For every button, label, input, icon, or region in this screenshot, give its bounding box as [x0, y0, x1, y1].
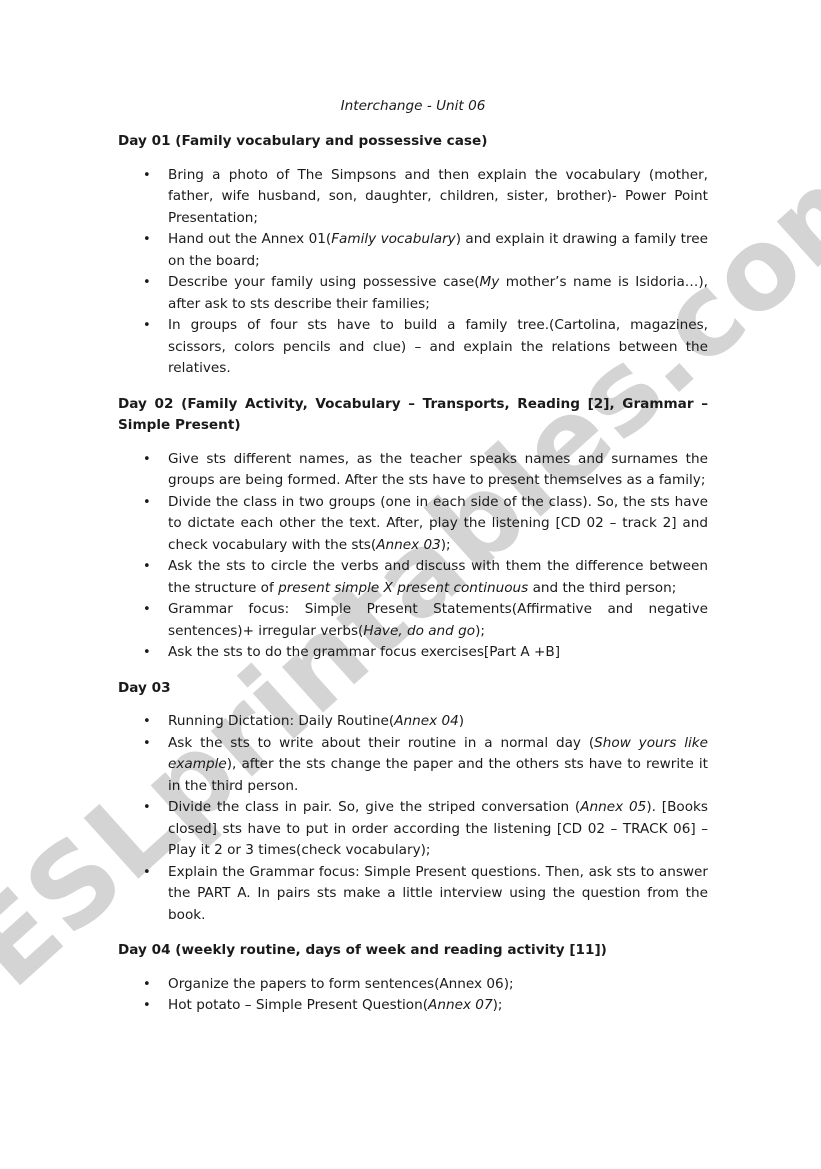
text: );	[441, 537, 451, 553]
list-item: •Hand out the Annex 01(Family vocabulary…	[118, 229, 708, 272]
text: Describe your family using possessive ca…	[168, 274, 480, 290]
bullet-icon: •	[143, 599, 151, 621]
text: Running Dictation: Daily Routine(	[168, 713, 394, 729]
italic-text: My	[480, 274, 500, 290]
italic-text: Annex 03	[376, 537, 441, 553]
text: Organize the papers to form sentences(An…	[168, 976, 514, 992]
bullet-icon: •	[143, 449, 151, 471]
list-item: •Ask the sts to write about their routin…	[118, 733, 708, 798]
list-item: •Explain the Grammar focus: Simple Prese…	[118, 862, 708, 927]
day-heading: Day 04 (weekly routine, days of week and…	[118, 940, 708, 962]
list-item: •Bring a photo of The Simpsons and then …	[118, 165, 708, 230]
day-section: Day 04 (weekly routine, days of week and…	[118, 940, 708, 1017]
text: Hot potato – Simple Present Question(	[168, 997, 428, 1013]
italic-text: Annex 05	[580, 799, 646, 815]
bullet-icon: •	[143, 642, 151, 664]
day-section: Day 01 (Family vocabulary and possessive…	[118, 131, 708, 380]
activity-list: •Organize the papers to form sentences(A…	[118, 974, 708, 1017]
italic-text: Have, do and go	[363, 623, 475, 639]
text: Bring a photo of The Simpsons and then e…	[168, 167, 708, 226]
bullet-icon: •	[143, 733, 151, 755]
text: )	[459, 713, 464, 729]
day-section: Day 02 (Family Activity, Vocabulary – Tr…	[118, 394, 708, 664]
bullet-icon: •	[143, 229, 151, 251]
sections-container: Day 01 (Family vocabulary and possessive…	[118, 131, 708, 1017]
bullet-icon: •	[143, 711, 151, 733]
text: Explain the Grammar focus: Simple Presen…	[168, 864, 708, 923]
bullet-icon: •	[143, 315, 151, 337]
italic-text: present simple X present continuous	[278, 580, 528, 596]
list-item: •Give sts different names, as the teache…	[118, 449, 708, 492]
list-item: •Divide the class in two groups (one in …	[118, 492, 708, 557]
text: Ask the sts to write about their routine…	[168, 735, 594, 751]
list-item: •In groups of four sts have to build a f…	[118, 315, 708, 380]
document-title: Interchange - Unit 06	[118, 96, 708, 116]
list-item: •Grammar focus: Simple Present Statement…	[118, 599, 708, 642]
italic-text: Family vocabulary	[331, 231, 456, 247]
activity-list: •Give sts different names, as the teache…	[118, 449, 708, 664]
bullet-icon: •	[143, 165, 151, 187]
text: Divide the class in pair. So, give the s…	[168, 799, 580, 815]
text: );	[493, 997, 503, 1013]
text: ), after the sts change the paper and th…	[168, 756, 708, 794]
list-item: •Ask the sts to do the grammar focus exe…	[118, 642, 708, 664]
text: In groups of four sts have to build a fa…	[168, 317, 708, 376]
list-item: •Ask the sts to circle the verbs and dis…	[118, 556, 708, 599]
italic-text: Annex 04	[394, 713, 459, 729]
text: Hand out the Annex 01(	[168, 231, 331, 247]
bullet-icon: •	[143, 272, 151, 294]
bullet-icon: •	[143, 492, 151, 514]
list-item: •Running Dictation: Daily Routine(Annex …	[118, 711, 708, 733]
day-heading: Day 01 (Family vocabulary and possessive…	[118, 131, 708, 153]
activity-list: •Bring a photo of The Simpsons and then …	[118, 165, 708, 380]
day-heading: Day 02 (Family Activity, Vocabulary – Tr…	[118, 394, 708, 437]
bullet-icon: •	[143, 974, 151, 996]
italic-text: Annex 07	[428, 997, 493, 1013]
text: Give sts different names, as the teacher…	[168, 451, 708, 489]
bullet-icon: •	[143, 797, 151, 819]
bullet-icon: •	[143, 995, 151, 1017]
list-item: •Divide the class in pair. So, give the …	[118, 797, 708, 862]
document-page: Interchange - Unit 06 Day 01 (Family voc…	[118, 96, 708, 1031]
text: );	[475, 623, 485, 639]
list-item: •Describe your family using possessive c…	[118, 272, 708, 315]
list-item: •Hot potato – Simple Present Question(An…	[118, 995, 708, 1017]
bullet-icon: •	[143, 862, 151, 884]
day-heading: Day 03	[118, 678, 708, 700]
activity-list: •Running Dictation: Daily Routine(Annex …	[118, 711, 708, 926]
text: and the third person;	[528, 580, 676, 596]
list-item: •Organize the papers to form sentences(A…	[118, 974, 708, 996]
day-section: Day 03•Running Dictation: Daily Routine(…	[118, 678, 708, 927]
bullet-icon: •	[143, 556, 151, 578]
text: Ask the sts to do the grammar focus exer…	[168, 644, 560, 660]
